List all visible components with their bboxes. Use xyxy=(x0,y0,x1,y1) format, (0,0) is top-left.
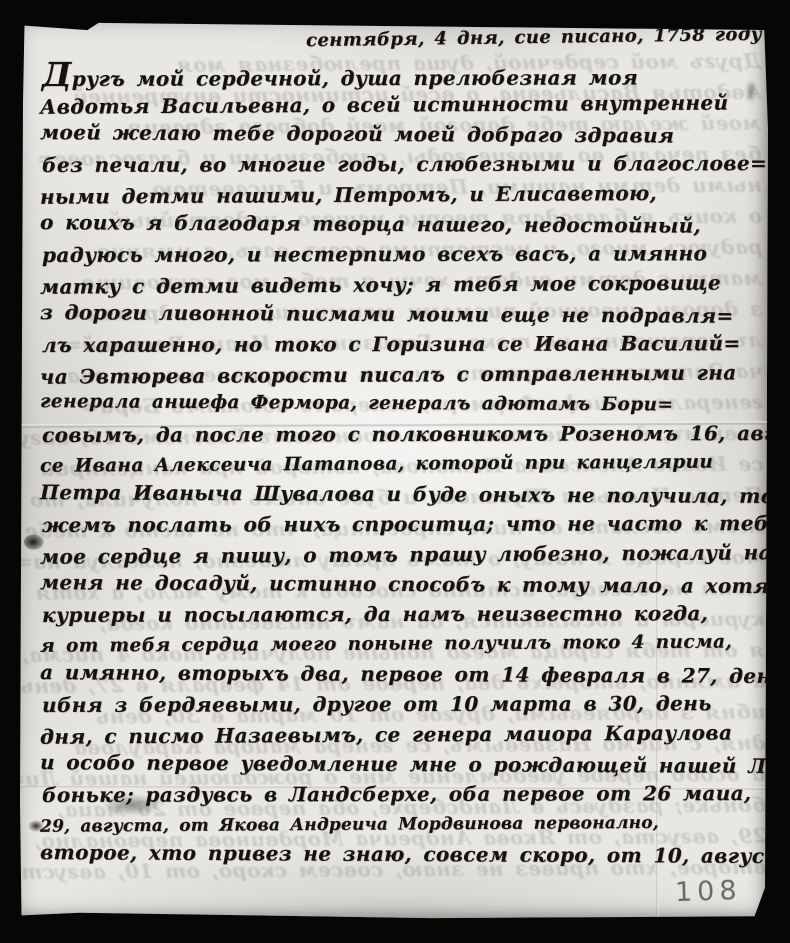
letter-line: и особо первое уведомление мне о рождающ… xyxy=(40,747,762,781)
letter-line: я от тебя сердца моего поныне получилъ т… xyxy=(40,627,762,661)
letter-line: Другъ мой сердечной, душа прелюбезная мо… xyxy=(42,58,764,90)
scan-background: Другъ мой сердечной, душа прелюбезная мо… xyxy=(0,0,790,943)
date-line: сентября, 4 дня, сие писано, 1758 году xyxy=(306,24,762,51)
letter-line: Петра Иваныча Шувалова и буде оныхъ не п… xyxy=(40,477,762,511)
letter-line: матку с детми видеть хочу; я тебя мое со… xyxy=(40,267,762,301)
letter-line: мое сердце я пишу, о томъ прашу любезно,… xyxy=(40,537,762,571)
letter-body: Другъ мой сердечной, душа прелюбезная мо… xyxy=(40,59,762,869)
letter-line: 29, августа, от Якова Андреича Мордвинов… xyxy=(40,807,762,841)
letter-line: се Ивана Алексеича Патапова, которой при… xyxy=(40,447,762,481)
letter-line: лъ харашенно, но токо с Горизина се Иван… xyxy=(42,328,764,360)
letter-line: куриеры и посылаются, да намъ неизвестно… xyxy=(42,598,764,630)
letter-line: дня, с писмо Назаевымъ, се генера маиора… xyxy=(40,717,762,751)
letter-line: о коихъ я благодаря творца нашего, недос… xyxy=(40,207,762,241)
letter-line: а имянно, вторыхъ два, первое от 14 февр… xyxy=(40,657,762,691)
page-number-stamp: 108 xyxy=(675,875,743,908)
letter-line: боньке; раздувсь в Ландсберхе, оба перво… xyxy=(42,778,764,810)
letter-line: моей желаю тебе дорогой моей добраго здр… xyxy=(40,117,762,151)
letter-line: радуюсь много, и нестерпимо всехъ васъ, … xyxy=(42,238,764,270)
letter-line: з дороги ливонной писмами моими еще не п… xyxy=(40,297,762,331)
letter-line: Авдотья Васильевна, о всей истинности вн… xyxy=(40,87,762,121)
letter-line: ча Эвтюрева вскорости писалъ с отправлен… xyxy=(40,357,762,391)
letter-line: совымъ, да после того с полковникомъ Роз… xyxy=(42,418,764,450)
letter-line: ными детми нашими, Петромъ, и Елисаветою… xyxy=(40,177,762,211)
letter-line: ибня з бердяевыми, другое от 10 марта в … xyxy=(42,688,764,720)
letter-line: меня не досадуй, истинно способъ к тому … xyxy=(40,567,762,601)
letter-line: второе, хто привез не знаю, совсем скоро… xyxy=(40,837,762,871)
letter-line: генерала аншефа Фермора, генералъ адютам… xyxy=(40,387,762,421)
letter-page: Другъ мой сердечной, душа прелюбезная мо… xyxy=(20,22,768,919)
letter-line: жемъ послать об нихъ спроситца; что не ч… xyxy=(42,508,764,540)
letter-line: без печали, во многие годы, слюбезными и… xyxy=(42,148,764,180)
